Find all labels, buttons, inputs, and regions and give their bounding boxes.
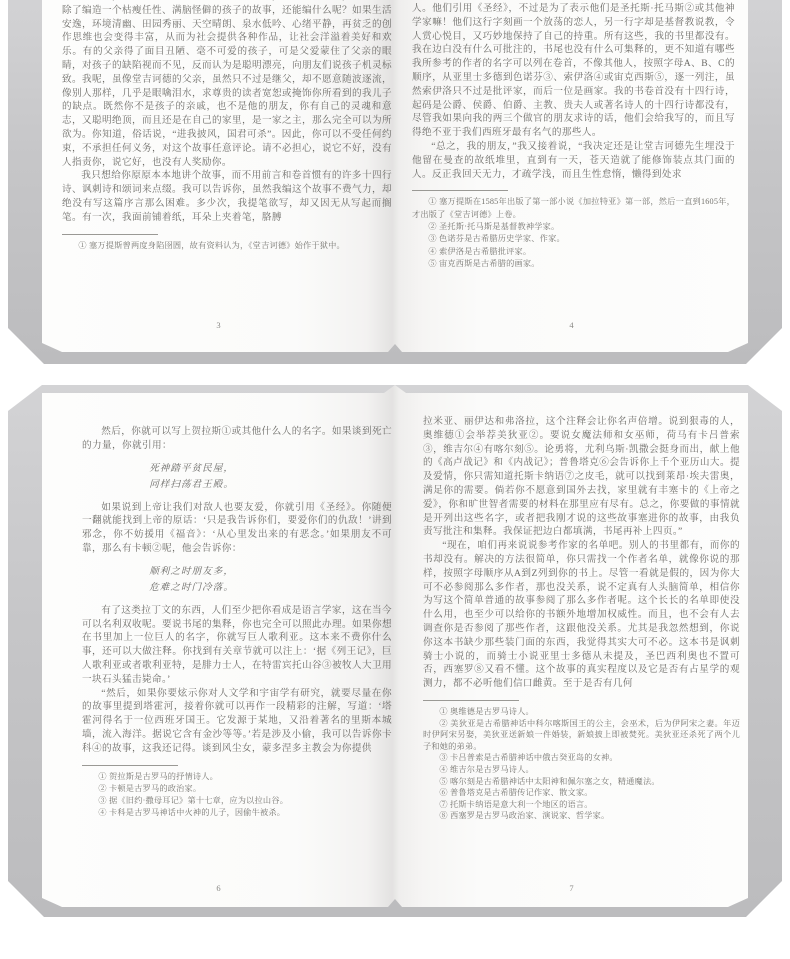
footnote: ② 卡顿是古罗马的政治家。 <box>82 783 392 795</box>
footnote: ④ 索伊洛是古希腊批评家。 <box>412 246 735 258</box>
footnote-divider <box>62 234 158 235</box>
footnote: ⑤ 宙克西斯是古希腊的画家。 <box>412 258 735 270</box>
footnote: ⑦ 托斯卡纳语是意大利一个地区的语言。 <box>423 799 740 811</box>
verse-line: 同样扫荡君王殿。 <box>149 477 392 493</box>
footnote: ④ 卡科是古罗马神话中火神的儿子，因偷牛被杀。 <box>82 807 392 819</box>
book-spread-bottom: 然后，你就可以写上贺拉斯①或其他什么人的名字。如果谈到死亡的力量，你就引用： 死… <box>8 385 782 917</box>
footnote: ⑤ 喀尔刻是古希腊神话中太阳神和佩尔塞之女，精通魔法。 <box>423 776 740 788</box>
verse-line: 死神踏平贫民屋， <box>149 461 392 477</box>
paragraph: 然后，你就可以写上贺拉斯①或其他什么人的名字。如果谈到死亡的力量，你就引用： <box>82 425 392 453</box>
footnote: ③ 卡吕普索是古希腊神话中俄古癸亚岛的女神。 <box>423 752 740 764</box>
page-number: 4 <box>395 320 748 330</box>
paragraph: 我只想给你原原本本地讲个故事，而不用前言和卷首惯有的许多十四行诗、讽刺诗和颂词来… <box>62 169 392 224</box>
page-number: 6 <box>42 883 395 893</box>
page-3: 思枯竭的人，就像是在监狱①里出生的孩子一样，那里诸多不便， 除了编造一个枯瘦任性… <box>42 0 395 352</box>
open-book-paper: 然后，你就可以写上贺拉斯①或其他什么人的名字。如果谈到死亡的力量，你就引用： 死… <box>42 385 748 907</box>
paragraph: 有了这类拉丁文的东西，人们至少把你看成是语言学家，这在当今可以名利双收呢。要说书… <box>82 604 392 687</box>
footnote: ② 美狄亚是古希腊神话中科尔喀斯国王的公主，会巫术，后为伊阿宋之妻。年迈时伊阿宋… <box>423 718 740 753</box>
footnote: ③ 据《旧约·撒母耳记》第十七章，应为以拉山谷。 <box>82 795 392 807</box>
page-4: 人。他们引用《圣经》，不过是为了表示他们是圣托斯·托马斯②或其他神学家嘛！他们这… <box>395 0 748 352</box>
footnote-divider <box>423 700 519 701</box>
paragraph: 除了编造一个枯瘦任性、满脑怪僻的孩子的故事，还能编什么呢？如果生活安逸，环境清幽… <box>62 4 392 170</box>
footnote: ⑧ 西塞罗是古罗马政治家、演说家、哲学家。 <box>423 810 740 822</box>
footnote-divider <box>82 765 178 766</box>
open-book-paper: 思枯竭的人，就像是在监狱①里出生的孩子一样，那里诸多不便， 除了编造一个枯瘦任性… <box>42 0 748 352</box>
page-7: 拉米亚、丽伊达和弗洛拉，这个注释会让你名声倍增。说到狠毒的人，奥维德①会举荐美狄… <box>395 385 748 907</box>
footnote: ④ 维吉尔是古罗马诗人。 <box>423 764 740 776</box>
paragraph: 拉米亚、丽伊达和弗洛拉，这个注释会让你名声倍增。说到狠毒的人，奥维德①会举荐美狄… <box>423 415 740 539</box>
verse-line: 顺利之时朋友多， <box>149 564 392 580</box>
footnote: ① 塞万提斯在1585年出版了第一部小说《加拉特亚》第一部，然后一直到1605年… <box>412 196 735 221</box>
paragraph: 人。他们引用《圣经》，不过是为了表示他们是圣托斯·托马斯②或其他神学家嘛！他们这… <box>412 2 735 140</box>
footnote: ⑥ 普鲁塔克是古希腊传记作家、散文家。 <box>423 787 740 799</box>
paragraph: 如果说到上帝让我们对敌人也要友爱，你就引用《圣经》。你随便一翻就能找到上帝的原话… <box>82 501 392 556</box>
page-number: 3 <box>42 320 395 330</box>
footnote: ③ 色诺芬是古希腊历史学家、作家。 <box>412 233 735 245</box>
footnote: ① 贺拉斯是古罗马的抒情诗人。 <box>82 771 392 783</box>
footnote: ① 奥维德是古罗马诗人。 <box>423 706 740 718</box>
book-spread-top: 思枯竭的人，就像是在监狱①里出生的孩子一样，那里诸多不便， 除了编造一个枯瘦任性… <box>8 0 782 364</box>
paragraph: “然后，如果你要炫示你对人文学和宇宙学有研究，就要尽量在你的故事里提到塔霍河，接… <box>82 687 392 756</box>
paragraph: “总之，我的朋友，”我又接着说，“我决定还是让堂吉诃德先生埋没于他留在曼查的故纸… <box>412 140 735 181</box>
page-6: 然后，你就可以写上贺拉斯①或其他什么人的名字。如果谈到死亡的力量，你就引用： 死… <box>42 385 395 907</box>
verse-block: 顺利之时朋友多， 危难之时门冷落。 <box>149 564 392 596</box>
verse-block: 死神踏平贫民屋， 同样扫荡君王殿。 <box>149 461 392 493</box>
footnote: ② 圣托斯·托马斯是基督教神学家。 <box>412 221 735 233</box>
footnote-divider <box>412 190 508 191</box>
paragraph: “现在，咱们再来说说参考作家的名单吧。别人的书里都有，而你的书却没有。解决的方法… <box>423 539 740 691</box>
footnote: ① 塞万提斯曾两度身陷囹圄，故有资料认为，《堂吉诃德》始作于狱中。 <box>62 240 392 252</box>
product-photo-canvas: 思枯竭的人，就像是在监狱①里出生的孩子一样，那里诸多不便， 除了编造一个枯瘦任性… <box>0 0 790 959</box>
verse-line: 危难之时门冷落。 <box>149 580 392 596</box>
page-number: 7 <box>395 883 748 893</box>
